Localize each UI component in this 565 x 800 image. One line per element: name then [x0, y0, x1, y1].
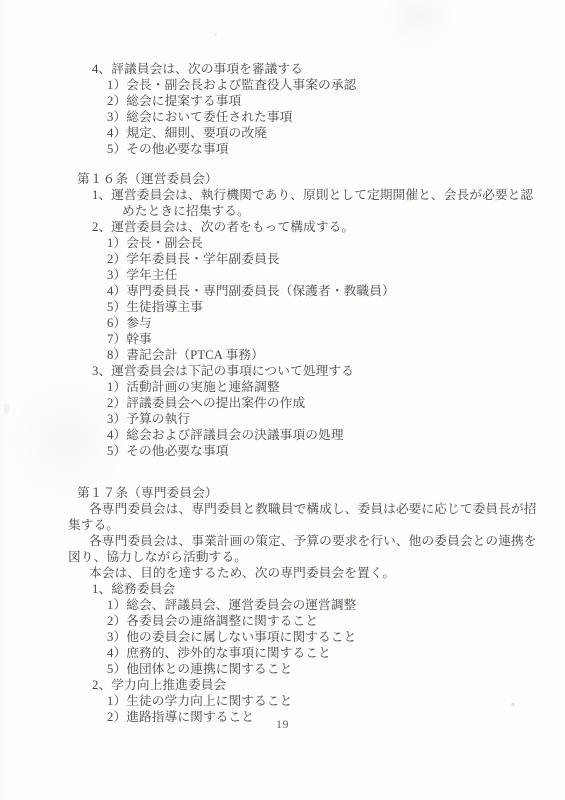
document-line: 7）幹事	[0, 331, 565, 347]
document-line: 3、運営委員会は下記の事項について処理する	[0, 363, 565, 379]
article-17-special-committees: 第１７条（専門委員会）各専門委員会は、専門委員と教職員で構成し、委員は必要に応じ…	[0, 485, 565, 725]
document-line: 4）規定、細則、要項の改廃	[0, 125, 565, 141]
document-line: 1）会長・副会長および監査役人事案の承認	[0, 77, 565, 93]
document-line: 4）庶務的、渉外的な事項に関すること	[0, 645, 565, 661]
document-line: 3）学年主任	[0, 267, 565, 283]
document-line: 3）予算の執行	[0, 411, 565, 427]
document-line: 6）参与	[0, 315, 565, 331]
document-line: 2、学力向上推進委員会	[0, 677, 565, 693]
document-line: 第１７条（専門委員会）	[0, 485, 565, 501]
document-line: 本会は、目的を達するため、次の専門委員会を置く。	[0, 565, 565, 581]
document-line: 3）他の委員会に属しない事項に関すること	[0, 629, 565, 645]
document-line: めたときに招集する。	[0, 203, 565, 219]
document-line: 各専門委員会は、事業計画の策定、予算の要求を行い、他の委員会との連携を	[0, 533, 565, 549]
document-line: 1）総会、評議員会、運営委員会の運営調整	[0, 597, 565, 613]
document-line: 2、運営委員会は、次の者をもって構成する。	[0, 219, 565, 235]
document-line: 5）その他必要な事項	[0, 141, 565, 157]
document-line: 4、評議員会は、次の事項を審議する	[0, 61, 565, 77]
document-line: 1）会長・副会長	[0, 235, 565, 251]
document-line: 1）活動計画の実施と連絡調整	[0, 379, 565, 395]
document-line: 3）総会において委任された事項	[0, 109, 565, 125]
article-16-steering-committee: 第１６条（運営委員会）1、運営委員会は、執行機関であり、原則として定期開催と、会…	[0, 171, 565, 459]
document-line: 1、総務委員会	[0, 581, 565, 597]
document-line: 1）生徒の学力向上に関すること	[0, 693, 565, 709]
document-line: 図り、協力しながら活動する。	[0, 549, 565, 565]
scan-speck	[214, 33, 217, 36]
document-line: 集する。	[0, 517, 565, 533]
document-line: 5）その他必要な事項	[0, 443, 565, 459]
document-line: 2）各委員会の連絡調整に関すること	[0, 613, 565, 629]
document-line: 第１６条（運営委員会）	[0, 171, 565, 187]
document-body: 4、評議員会は、次の事項を審議する1）会長・副会長および監査役人事案の承認2）総…	[0, 61, 565, 725]
deliberation-items-list: 4、評議員会は、次の事項を審議する1）会長・副会長および監査役人事案の承認2）総…	[0, 61, 565, 157]
document-line: 5）他団体との連携に関すること	[0, 661, 565, 677]
document-line: 各専門委員会は、専門委員と教職員で構成し、委員は必要に応じて委員長が招	[0, 501, 565, 517]
page-number: 19	[0, 717, 565, 731]
document-line: 2）学年委員長・学年副委員長	[0, 251, 565, 267]
document-line: 5）生徒指導主事	[0, 299, 565, 315]
document-line: 2）評議委員会への提出案件の作成	[0, 395, 565, 411]
document-line: 4）専門委員長・専門副委員長（保護者・教職員）	[0, 283, 565, 299]
document-line: 8）書記会計（PTCA 事務）	[0, 347, 565, 363]
document-line: 2）総会に提案する事項	[0, 93, 565, 109]
document-line: 1、運営委員会は、執行機関であり、原則として定期開催と、会長が必要と認	[0, 187, 565, 203]
document-line: 4）総会および評議員会の決議事項の処理	[0, 427, 565, 443]
scanned-document-page: 4、評議員会は、次の事項を審議する1）会長・副会長および監査役人事案の承認2）総…	[0, 0, 565, 800]
